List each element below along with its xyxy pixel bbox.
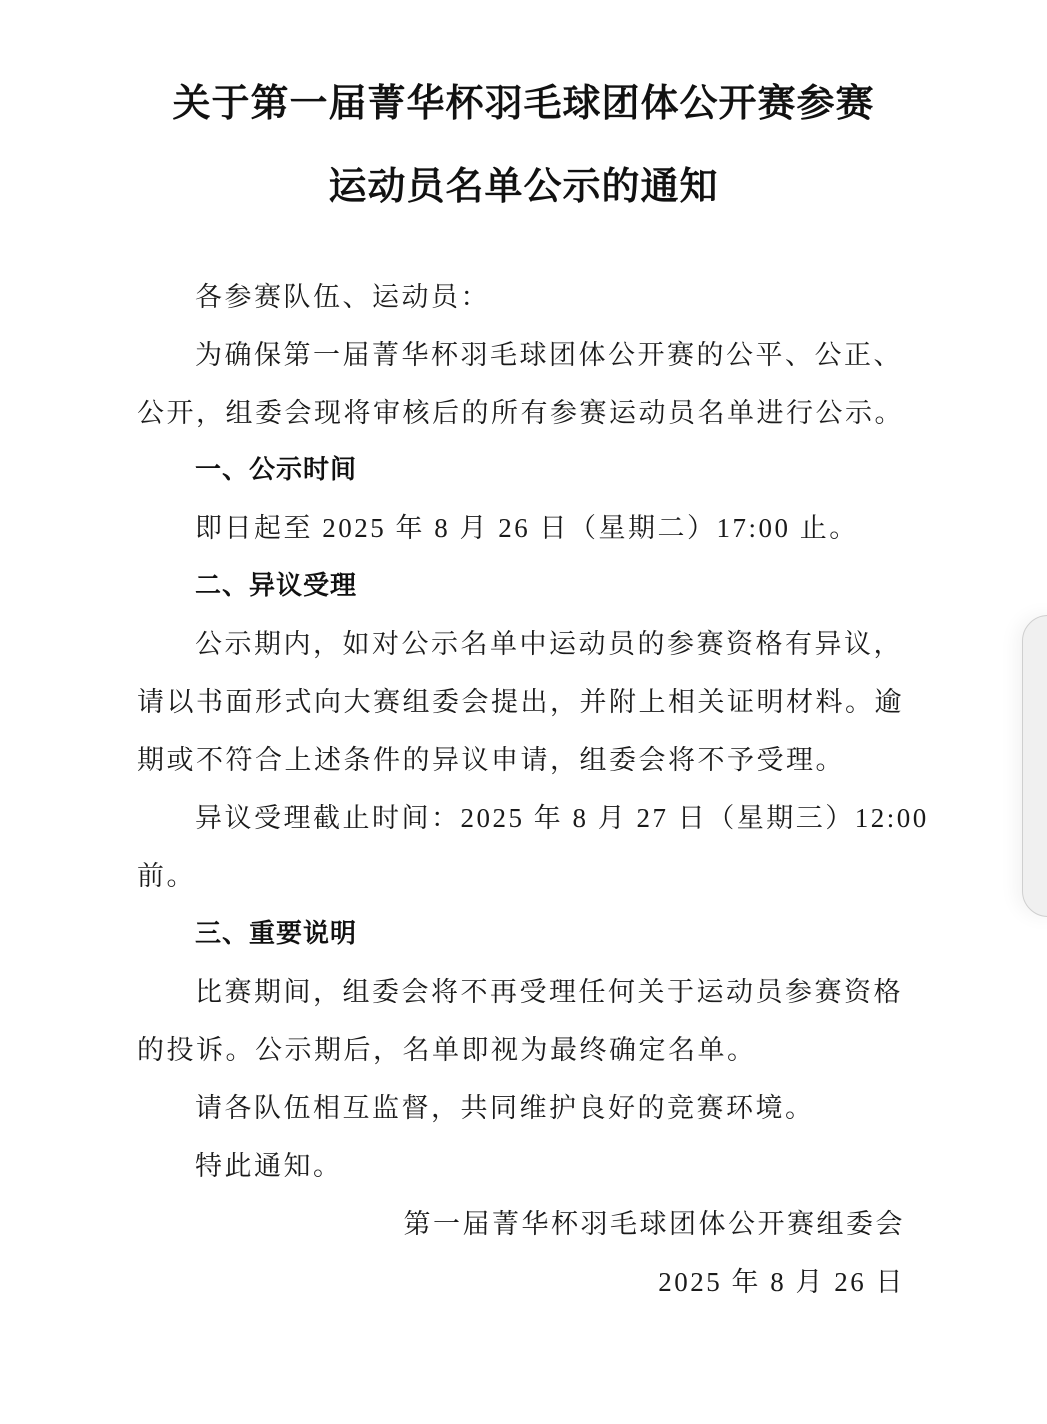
section-heading-important-notes: 三、重要说明 [195, 920, 357, 949]
objections-line-2: 请以书面形式向大赛组委会提出，并附上相关证明材料。逾 [137, 688, 904, 717]
closing-statement: 特此通知。 [195, 1152, 343, 1181]
important-notes-line-2: 的投诉。公示期后，名单即视为最终确定名单。 [137, 1036, 757, 1065]
section-heading-objections: 二、异议受理 [195, 572, 357, 601]
salutation: 各参赛队伍、运动员： [195, 283, 490, 312]
signature-date: 2025 年 8 月 26 日 [658, 1268, 905, 1297]
intro-line-2: 公开，组委会现将审核后的所有参赛运动员名单进行公示。 [137, 399, 904, 428]
side-panel-handle[interactable] [1022, 615, 1047, 917]
objections-line-3: 期或不符合上述条件的异议申请，组委会将不予受理。 [137, 746, 845, 775]
signature-organization: 第一届菁华杯羽毛球团体公开赛组委会 [404, 1210, 906, 1239]
publicity-period-text: 即日起至 2025 年 8 月 26 日（星期二）17:00 止。 [195, 514, 859, 543]
intro-line-1: 为确保第一届菁华杯羽毛球团体公开赛的公平、公正、 [195, 341, 903, 370]
closing-request: 请各队伍相互监督，共同维护良好的竞赛环境。 [195, 1094, 815, 1123]
objections-line-1: 公示期内，如对公示名单中运动员的参赛资格有异议， [195, 630, 903, 659]
objection-deadline-line-1: 异议受理截止时间：2025 年 8 月 27 日（星期三）12:00 [195, 804, 929, 833]
important-notes-line-1: 比赛期间，组委会将不再受理任何关于运动员参赛资格 [195, 978, 903, 1007]
section-heading-publicity-period: 一、公示时间 [195, 456, 357, 485]
document-title-line-2: 运动员名单公示的通知 [0, 155, 1047, 210]
document-title-line-1: 关于第一届菁华杯羽毛球团体公开赛参赛 [0, 72, 1047, 127]
objection-deadline-line-2: 前。 [137, 862, 196, 891]
